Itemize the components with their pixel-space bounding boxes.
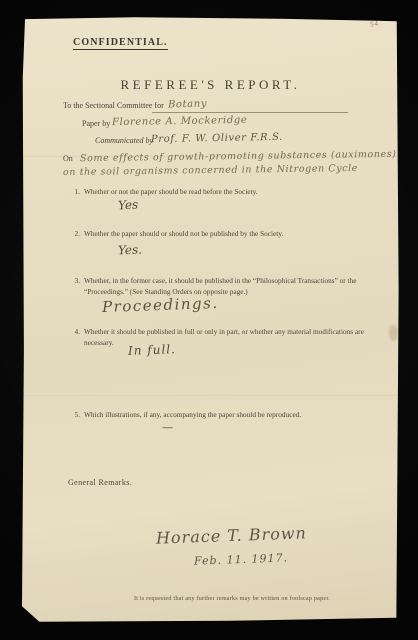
- committee-handwritten-value: Botany: [168, 98, 207, 110]
- question-5: 5. Which illustrations, if any, accompan…: [72, 410, 388, 421]
- referee-signature: Horace T. Brown: [156, 523, 307, 547]
- paper-crease: [22, 394, 399, 397]
- general-remarks-label: General Remarks.: [68, 478, 132, 487]
- question-1-text: Whether or not the paper should be read …: [84, 187, 388, 198]
- question-1-handwritten-answer: Yes: [118, 197, 139, 212]
- question-1-number: 1.: [72, 187, 80, 198]
- question-5-text: Which illustrations, if any, accompanyin…: [84, 410, 388, 421]
- question-3-number: 3.: [72, 276, 80, 297]
- question-5-number: 5.: [72, 410, 80, 421]
- subject-label: On: [63, 154, 73, 163]
- question-4-handwritten-answer: In full.: [128, 342, 176, 358]
- confidential-stamp: CONFIDENTIAL.: [73, 37, 168, 50]
- question-5-handwritten-answer: —: [162, 421, 173, 434]
- question-4: 4. Whether it should be published in ful…: [72, 327, 388, 348]
- committee-fill-line: [152, 112, 348, 113]
- question-3: 3. Whether, in the former case, it shoul…: [72, 276, 388, 297]
- question-2-handwritten-answer: Yes.: [118, 243, 142, 258]
- question-3-handwritten-answer: Proceedings.: [102, 294, 219, 316]
- committee-label: To the Sectional Committee for: [63, 101, 164, 110]
- paper-stain: [389, 325, 398, 341]
- paper-by-label: Paper by: [82, 119, 110, 128]
- signature-date: Feb. 11. 1917.: [194, 551, 288, 567]
- footer-instruction: It is requested that any further remarks…: [82, 595, 382, 602]
- question-2: 2. Whether the paper should or should no…: [72, 229, 388, 240]
- question-4-number: 4.: [72, 327, 80, 348]
- page-number-pencil-mark: 54: [369, 19, 379, 28]
- communicated-by-handwritten-value: Prof. F. W. Oliver F.R.S.: [151, 132, 283, 145]
- question-1: 1. Whether or not the paper should be re…: [72, 187, 388, 198]
- question-2-number: 2.: [72, 229, 80, 240]
- page-title: REFEREE'S REPORT.: [22, 77, 399, 93]
- referee-report-page: 54 CONFIDENTIAL. REFEREE'S REPORT. To th…: [22, 17, 399, 622]
- paper-by-handwritten-value: Florence A. Mockeridge: [112, 115, 247, 128]
- subject-handwritten-line1: Some effects of growth-promoting substan…: [80, 149, 397, 164]
- scanner-background: 54 CONFIDENTIAL. REFEREE'S REPORT. To th…: [0, 0, 418, 640]
- question-3-text: Whether, in the former case, it should b…: [84, 276, 388, 297]
- question-2-text: Whether the paper should or should not b…: [84, 229, 388, 240]
- subject-handwritten-line2: on the soil organisms concerned in the N…: [63, 163, 358, 178]
- communicated-by-label: Communicated by: [95, 136, 153, 145]
